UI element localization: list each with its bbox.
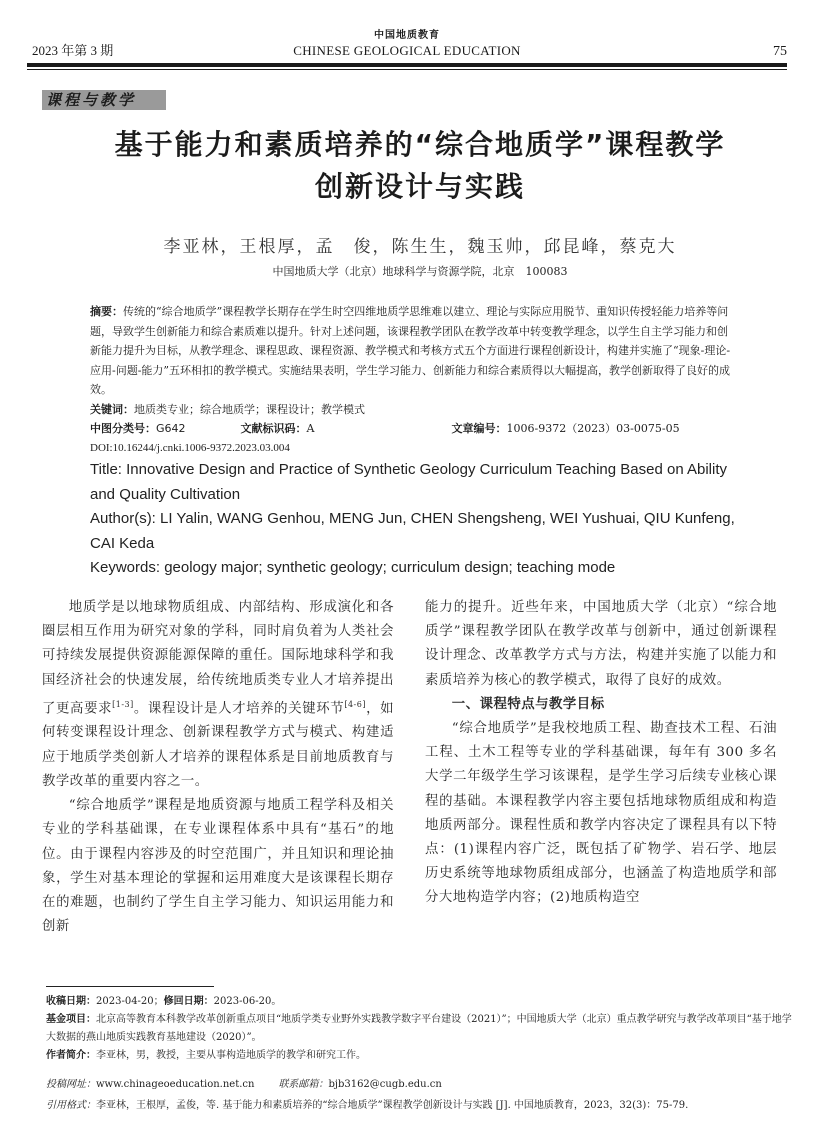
author-bio-label: 作者简介： — [46, 1050, 96, 1061]
english-metadata: Title: Innovative Design and Practice of… — [90, 458, 740, 581]
title-line-1: 基于能力和素质培养的“综合地质学”课程教学 — [40, 124, 800, 166]
header-rule-thick — [27, 63, 787, 67]
author-bio-text: 李亚林，男，教授，主要从事构造地质学的教学和研究工作。 — [96, 1050, 366, 1061]
english-keywords-text: geology major; synthetic geology; curric… — [160, 559, 615, 576]
english-authors-text: LI Yalin, WANG Genhou, MENG Jun, CHEN Sh… — [90, 510, 735, 552]
submission-and-citation: 投稿网址：www.chinageoeducation.net.cn联系邮箱：bj… — [46, 1074, 796, 1116]
journal-name-en: CHINESE GEOLOGICAL EDUCATION — [27, 43, 787, 59]
cite-label: 引用格式： — [46, 1100, 96, 1111]
paragraph: 能力的提升。近些年来，中国地质大学（北京）“综合地质学”课程教学团队在教学改革与… — [425, 596, 777, 693]
clc-label: 中图分类号： — [90, 422, 156, 435]
submit-url-link[interactable]: www.chinageoeducation.net.cn — [96, 1079, 254, 1090]
citation-format: 引用格式：李亚林，王根厚，孟俊，等. 基于能力和素质培养的“综合地质学”课程教学… — [46, 1095, 796, 1116]
english-keywords-label: Keywords: — [90, 559, 160, 576]
fund-text: 北京高等教育本科教学改革创新重点项目“地质学类专业野外实践教学数字平台建设（20… — [46, 1014, 792, 1043]
english-title-text: Innovative Design and Practice of Synthe… — [90, 461, 727, 503]
title-line-2: 创新设计与实践 — [40, 166, 800, 208]
citation-ref[interactable]: [1-3] — [112, 700, 134, 709]
dates-note: 收稿日期：2023-04-20；修回日期：2023-06-20。 — [46, 993, 796, 1011]
paragraph: 地质学是以地球物质组成、内部结构、形成演化和各圈层相互作用为研究对象的学科，同时… — [42, 596, 394, 794]
section-heading: 一、课程特点与教学目标 — [425, 693, 777, 717]
abstract-block: 摘要：传统的“综合地质学”课程教学长期存在学生时空四维地质学思维难以建立、理论与… — [90, 302, 735, 458]
revised-date: 2023-06-20。 — [214, 996, 282, 1007]
header-rule-thin — [27, 69, 787, 70]
doc-code-value: A — [307, 422, 315, 435]
keywords-text: 地质类专业；综合地质学；课程设计；教学模式 — [134, 403, 365, 416]
page-number: 75 — [773, 44, 787, 60]
received-date: 2023-04-20； — [96, 996, 164, 1007]
doc-code-label: 文献标识码： — [241, 422, 307, 435]
revised-label: 修回日期： — [164, 996, 214, 1007]
received-label: 收稿日期： — [46, 996, 96, 1007]
abstract-text: 传统的“综合地质学”课程教学长期存在学生时空四维地质学思维难以建立、理论与实际应… — [90, 305, 730, 396]
clc-value: G642 — [156, 422, 186, 435]
journal-name-cn: 中国地质教育 — [27, 26, 787, 41]
abstract: 摘要：传统的“综合地质学”课程教学长期存在学生时空四维地质学思维难以建立、理论与… — [90, 302, 735, 400]
article-no-label: 文章编号： — [451, 422, 506, 435]
journal-name: 中国地质教育 CHINESE GEOLOGICAL EDUCATION — [27, 26, 787, 59]
classification-row: 中图分类号：G642 文献标识码：A 文章编号：1006-9372（2023）0… — [90, 419, 735, 439]
paragraph: “综合地质学”是我校地质工程、勘查技术工程、石油工程、土木工程等专业的学科基础课… — [425, 717, 777, 911]
footnote-rule — [46, 986, 214, 987]
body-column-left: 地质学是以地球物质组成、内部结构、形成演化和各圈层相互作用为研究对象的学科，同时… — [42, 596, 394, 939]
keywords-cn: 关键词：地质类专业；综合地质学；课程设计；教学模式 — [90, 400, 735, 420]
fund-label: 基金项目： — [46, 1014, 96, 1025]
author-list: 李亚林，王根厚，孟 俊，陈生生，魏玉帅，邱昆峰，蔡克大 — [40, 232, 800, 257]
paragraph: “综合地质学”课程是地质资源与地质工程学科及相关专业的学科基础课，在专业课程体系… — [42, 794, 394, 939]
author-note: 作者简介：李亚林，男，教授，主要从事构造地质学的教学和研究工作。 — [46, 1047, 796, 1065]
paragraph-text: 。课程设计是人才培养的关键环节 — [134, 701, 345, 716]
footnotes: 收稿日期：2023-04-20；修回日期：2023-06-20。 基金项目：北京… — [46, 993, 796, 1065]
submit-label: 投稿网址： — [46, 1079, 96, 1090]
body-column-right: 能力的提升。近些年来，中国地质大学（北京）“综合地质学”课程教学团队在教学改革与… — [425, 596, 777, 911]
email-label: 联系邮箱： — [278, 1079, 328, 1090]
article-title: 基于能力和素质培养的“综合地质学”课程教学 创新设计与实践 — [40, 124, 800, 208]
english-authors-label: Author(s): — [90, 510, 156, 527]
email-link[interactable]: bjb3162@cugb.edu.cn — [328, 1079, 441, 1090]
doi[interactable]: DOI:10.16244/j.cnki.1006-9372.2023.03.00… — [90, 439, 735, 459]
keywords-label: 关键词： — [90, 403, 134, 416]
cite-text: 李亚林，王根厚，孟俊，等. 基于能力和素质培养的“综合地质学”课程教学创新设计与… — [96, 1100, 688, 1111]
section-tag: 课程与教学 — [42, 90, 166, 110]
fund-note: 基金项目：北京高等教育本科教学改革创新重点项目“地质学类专业野外实践教学数字平台… — [46, 1011, 796, 1047]
affiliation: 中国地质大学（北京）地球科学与资源学院，北京 100083 — [40, 263, 800, 279]
running-header: 2023 年第 3 期 中国地质教育 CHINESE GEOLOGICAL ED… — [27, 0, 787, 72]
abstract-label: 摘要： — [90, 305, 123, 318]
submission-info: 投稿网址：www.chinageoeducation.net.cn联系邮箱：bj… — [46, 1074, 796, 1095]
citation-ref[interactable]: [4-6] — [344, 700, 366, 709]
english-title: Title: Innovative Design and Practice of… — [90, 458, 740, 507]
english-authors: Author(s): LI Yalin, WANG Genhou, MENG J… — [90, 507, 740, 556]
paragraph-text: 地质学是以地球物质组成、内部结构、形成演化和各圈层相互作用为研究对象的学科，同时… — [42, 600, 394, 716]
article-no-value: 1006-9372（2023）03-0075-05 — [506, 422, 679, 435]
english-keywords: Keywords: geology major; synthetic geolo… — [90, 556, 740, 581]
english-title-label: Title: — [90, 461, 122, 478]
